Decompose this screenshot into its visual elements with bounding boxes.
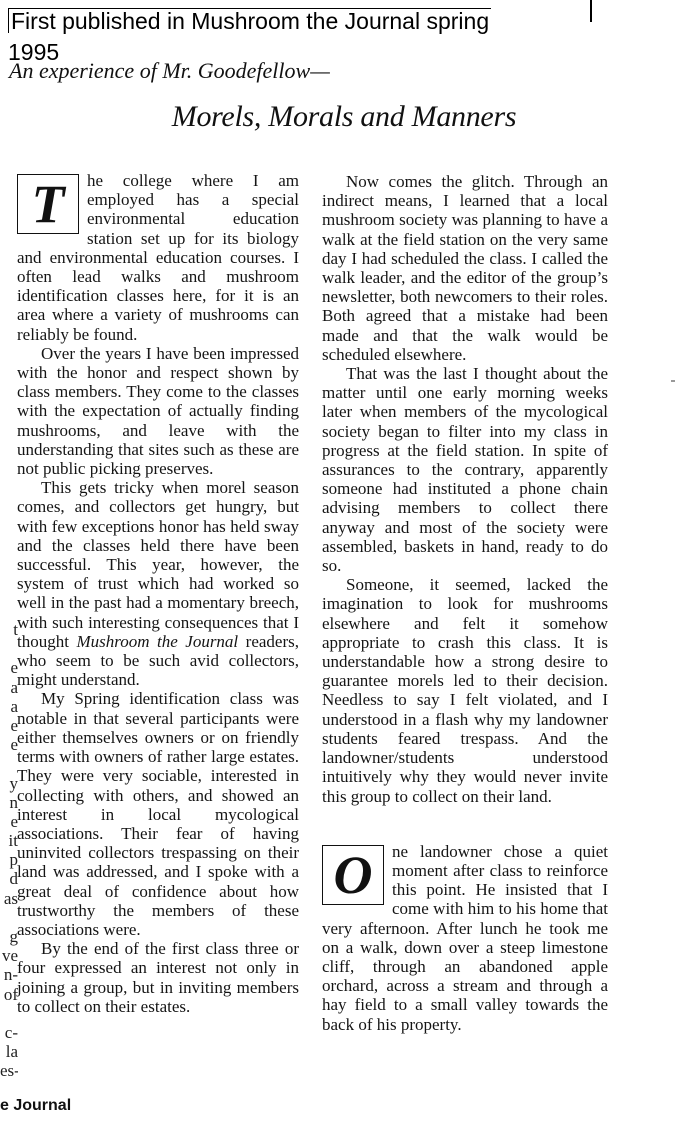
- left-column: The college where I am employed has a sp…: [17, 171, 299, 1016]
- margin-fragment: [0, 754, 18, 773]
- margin-fragment: c-: [0, 1023, 18, 1042]
- margin-fragment: e: [0, 716, 18, 735]
- dropcap-t: T: [17, 174, 79, 234]
- margin-fragment: p: [0, 850, 18, 869]
- margin-fragment: [0, 908, 18, 927]
- margin-fragment: t: [0, 620, 18, 639]
- dropcap-o: O: [322, 845, 384, 905]
- section-break: [322, 806, 608, 842]
- paragraph-8: Someone, it seemed, lacked the imaginati…: [322, 575, 608, 805]
- margin-fragment: it: [0, 831, 18, 850]
- margin-fragment: of: [0, 985, 18, 1004]
- paragraph-5: By the end of the first class three or f…: [17, 939, 299, 1016]
- paragraph-3: This gets tricky when morel season comes…: [17, 478, 299, 689]
- margin-fragment: a: [0, 697, 18, 716]
- margin-fragment: n-: [0, 965, 18, 984]
- scan-border-line: [590, 0, 592, 22]
- footer-journal-label: e Journal: [0, 1097, 71, 1115]
- margin-fragment: a: [0, 678, 18, 697]
- margin-fragment: y: [0, 774, 18, 793]
- margin-fragment: [0, 1004, 18, 1023]
- margin-fragment: e: [0, 812, 18, 831]
- margin-fragment: e: [0, 735, 18, 754]
- paragraph-1: The college where I am employed has a sp…: [17, 171, 299, 344]
- margin-fragment: la: [0, 1042, 18, 1061]
- right-column: Now comes the glitch. Through an indirec…: [322, 172, 608, 1034]
- margin-fragment: e: [0, 658, 18, 677]
- article-title: Morels, Morals and Manners: [0, 100, 680, 134]
- paragraph-7: That was the last I thought about the ma…: [322, 364, 608, 575]
- journal-name: Mushroom the Journal: [76, 632, 238, 651]
- margin-fragment: g: [0, 927, 18, 946]
- margin-fragment: ve: [0, 946, 18, 965]
- margin-fragment: d: [0, 869, 18, 888]
- scan-artifact: [671, 380, 675, 382]
- previous-page-margin-fragments: teaaeeyneitpdasgven-ofc-laes-: [0, 620, 18, 1081]
- margin-fragment: es-: [0, 1061, 18, 1080]
- paragraph-4: My Spring identification class was notab…: [17, 689, 299, 939]
- paragraph-2: Over the years I have been impressed wit…: [17, 344, 299, 478]
- margin-fragment: as: [0, 889, 18, 908]
- publication-note-line1: First published in Mushroom the Journal …: [8, 8, 491, 33]
- margin-fragment: [0, 639, 18, 658]
- publication-note: First published in Mushroom the Journal …: [8, 8, 491, 33]
- article-subtitle: An experience of Mr. Goodefellow—: [9, 58, 330, 84]
- paragraph-9: One landowner chose a quiet moment after…: [322, 842, 608, 1034]
- paragraph-6: Now comes the glitch. Through an indirec…: [322, 172, 608, 364]
- margin-fragment: n: [0, 793, 18, 812]
